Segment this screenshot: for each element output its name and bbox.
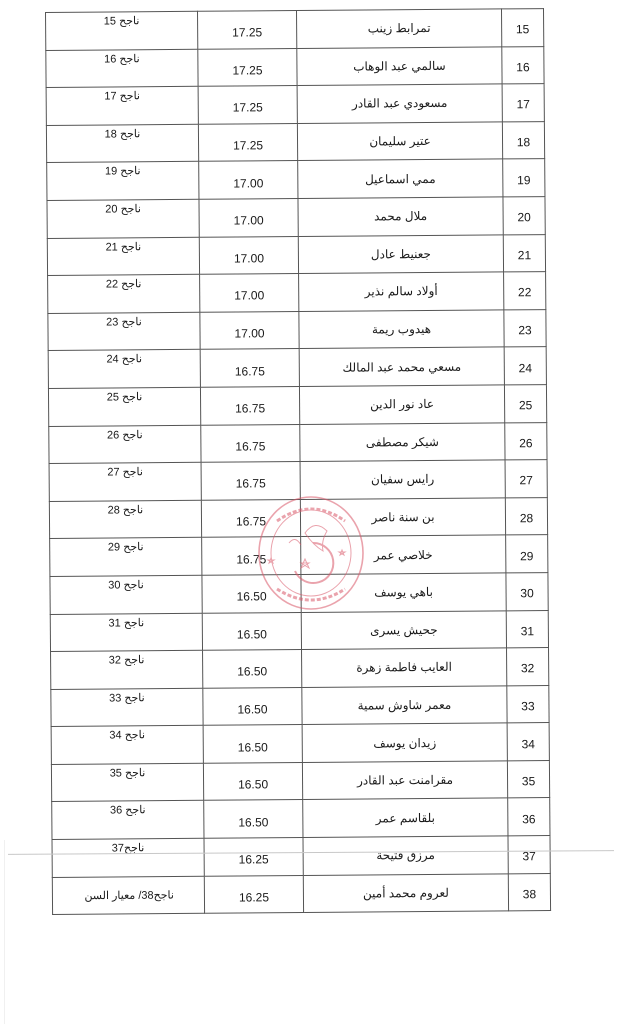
score-cell: 16.25 <box>204 875 303 913</box>
table-row: ناجح 3416.50زيدان يوسف34 <box>51 723 549 765</box>
score-cell: 16.75 <box>200 349 299 387</box>
score-cell: 16.75 <box>202 537 301 575</box>
table-row: ناجح 1717.25مسعودي عبد القادر17 <box>46 84 544 126</box>
table-row: ناجح 3516.50مقرامنت عبد القادر35 <box>51 760 549 802</box>
score-cell: 16.50 <box>202 612 301 650</box>
score-cell: 16.75 <box>201 499 300 537</box>
row-number-cell: 20 <box>503 197 545 235</box>
score-cell: 16.50 <box>203 725 302 763</box>
score-cell: 17.00 <box>199 198 298 236</box>
table-row: ناجح 1817.25عتير سليمان18 <box>46 121 544 163</box>
table-row: ناجح 3116.50جحيش يسرى31 <box>50 610 548 652</box>
name-cell: ممي اسماعيل <box>298 159 503 198</box>
status-cell: ناجح 27 <box>49 462 201 501</box>
table-row: ناجح 2516.75عاد نور الدين25 <box>48 385 546 427</box>
row-number-cell: 38 <box>508 873 550 911</box>
name-cell: عتير سليمان <box>297 122 502 161</box>
row-number-cell: 25 <box>504 385 546 423</box>
scanned-page: ناجح 1517.25تمرابط زينب15ناجح 1617.25سال… <box>0 0 622 1024</box>
status-cell: ناجح 15 <box>46 11 198 50</box>
table-row: ناجح 3216.50العايب فاطمة زهرة32 <box>51 648 549 690</box>
name-cell: مرزق فتيحة <box>303 836 508 875</box>
score-cell: 17.25 <box>198 123 297 161</box>
row-number-cell: 30 <box>506 572 548 610</box>
score-cell: 17.25 <box>198 48 297 86</box>
name-cell: مسعي محمد عبد المالك <box>299 347 504 386</box>
name-cell: معمر شاوش سمية <box>302 686 507 725</box>
table-row: ناجح 3316.50معمر شاوش سمية33 <box>51 685 549 727</box>
results-table-body: ناجح 1517.25تمرابط زينب15ناجح 1617.25سال… <box>46 9 551 915</box>
name-cell: تمرابط زينب <box>296 9 501 48</box>
status-text: ناجح 19 <box>47 164 198 178</box>
status-cell: ناجح 29 <box>50 538 202 577</box>
status-text: ناجح 34 <box>52 728 203 742</box>
row-number-cell: 33 <box>507 685 549 723</box>
status-cell: ناجح 30 <box>50 575 202 614</box>
row-number-cell: 35 <box>507 760 549 798</box>
score-cell: 16.50 <box>204 800 303 838</box>
status-text: ناجح 31 <box>51 615 202 629</box>
name-cell: هيدوب ريمة <box>299 310 504 349</box>
status-text: ناجح 29 <box>50 540 201 554</box>
score-cell: 16.75 <box>200 386 299 424</box>
status-cell: ناجح 34 <box>51 726 203 765</box>
row-number-cell: 22 <box>504 272 546 310</box>
score-cell: 16.25 <box>204 838 303 876</box>
table-row: ناجح 2716.75رايس سفيان27 <box>49 460 547 502</box>
name-cell: مقرامنت عبد القادر <box>302 761 507 800</box>
score-cell: 17.25 <box>197 11 296 49</box>
table-row: ناجح3716.25مرزق فتيحة37 <box>52 836 550 878</box>
status-cell: ناجح 22 <box>48 274 200 313</box>
table-row: ناجح 3616.50بلقاسم عمر36 <box>52 798 550 840</box>
status-text: ناجح 22 <box>48 277 199 291</box>
status-text: ناجح 36 <box>52 803 203 817</box>
status-text: ناجح 30 <box>50 578 201 592</box>
table-row: ناجح38/ معيار السن16.25لعروم محمد أمين38 <box>52 873 550 915</box>
status-text: ناجح 26 <box>49 427 200 441</box>
status-cell: ناجح 33 <box>51 688 203 727</box>
name-cell: مسعودي عبد القادر <box>297 84 502 123</box>
score-cell: 17.00 <box>199 161 298 199</box>
status-cell: ناجح 28 <box>49 500 201 539</box>
status-cell: ناجح 26 <box>49 425 201 464</box>
status-cell: ناجح 24 <box>48 350 200 389</box>
status-text: ناجح 25 <box>49 390 200 404</box>
name-cell: جحيش يسرى <box>301 610 506 649</box>
row-number-cell: 15 <box>501 9 543 47</box>
name-cell: خلاصي عمر <box>301 535 506 574</box>
status-text: ناجح 24 <box>49 352 200 366</box>
score-cell: 16.50 <box>203 687 302 725</box>
status-cell: ناجح 32 <box>51 650 203 689</box>
row-number-cell: 17 <box>502 84 544 122</box>
score-cell: 17.00 <box>199 236 298 274</box>
table-row: ناجح 1617.25سالمي عبد الوهاب16 <box>46 46 544 88</box>
score-cell: 16.50 <box>203 762 302 800</box>
table-row: ناجح 1917.00ممي اسماعيل19 <box>47 159 545 201</box>
name-cell: ملال محمد <box>298 197 503 236</box>
name-cell: أولاد سالم نذير <box>299 272 504 311</box>
score-cell: 17.00 <box>200 311 299 349</box>
results-table-wrapper: ناجح 1517.25تمرابط زينب15ناجح 1617.25سال… <box>45 8 550 915</box>
status-cell: ناجح 35 <box>51 763 203 802</box>
status-cell: ناجح 25 <box>48 387 200 426</box>
page-edge <box>4 840 5 1024</box>
status-cell: ناجح38/ معيار السن <box>52 876 204 915</box>
row-number-cell: 24 <box>504 347 546 385</box>
table-row: ناجح 2217.00أولاد سالم نذير22 <box>48 272 546 314</box>
score-cell: 16.75 <box>201 424 300 462</box>
table-row: ناجح 2816.75بن سنة ناصر28 <box>49 497 547 539</box>
status-cell: ناجح 16 <box>46 49 198 88</box>
status-cell: ناجح 21 <box>47 237 199 276</box>
name-cell: جعنيط عادل <box>298 234 503 273</box>
score-cell: 16.50 <box>202 574 301 612</box>
table-row: ناجح 2317.00هيدوب ريمة23 <box>48 309 546 351</box>
status-cell: ناجح 19 <box>47 162 199 201</box>
name-cell: لعروم محمد أمين <box>303 874 508 913</box>
status-text: ناجح 16 <box>46 51 197 65</box>
status-text: ناجح38/ معيار السن <box>84 888 174 902</box>
name-cell: زيدان يوسف <box>302 723 507 762</box>
status-text: ناجح 32 <box>51 653 202 667</box>
status-text: ناجح 21 <box>48 239 199 253</box>
name-cell: رايس سفيان <box>300 460 505 499</box>
name-cell: باهي يوسف <box>301 573 506 612</box>
results-table: ناجح 1517.25تمرابط زينب15ناجح 1617.25سال… <box>45 8 551 915</box>
row-number-cell: 34 <box>507 723 549 761</box>
name-cell: العايب فاطمة زهرة <box>302 648 507 687</box>
row-number-cell: 36 <box>508 798 550 836</box>
table-row: ناجح 2616.75شيكر مصطفى26 <box>49 422 547 464</box>
status-cell: ناجح 31 <box>50 613 202 652</box>
row-number-cell: 31 <box>506 610 548 648</box>
row-number-cell: 28 <box>505 497 547 535</box>
status-text: ناجح 28 <box>50 503 201 517</box>
name-cell: عاد نور الدين <box>299 385 504 424</box>
name-cell: سالمي عبد الوهاب <box>297 47 502 86</box>
status-text: ناجح 27 <box>50 465 201 479</box>
table-row: ناجح 1517.25تمرابط زينب15 <box>46 9 544 51</box>
row-number-cell: 27 <box>505 460 547 498</box>
status-text: ناجح 23 <box>48 315 199 329</box>
row-number-cell: 19 <box>503 159 545 197</box>
status-cell: ناجح 36 <box>52 801 204 840</box>
status-cell: ناجح 20 <box>47 199 199 238</box>
name-cell: شيكر مصطفى <box>300 422 505 461</box>
status-text: ناجح 35 <box>52 766 203 780</box>
table-row: ناجح 2117.00جعنيط عادل21 <box>47 234 545 276</box>
row-number-cell: 23 <box>504 309 546 347</box>
status-text: ناجح 20 <box>47 202 198 216</box>
score-cell: 16.50 <box>203 650 302 688</box>
row-number-cell: 32 <box>507 648 549 686</box>
table-row: ناجح 2017.00ملال محمد20 <box>47 197 545 239</box>
table-row: ناجح 2916.75خلاصي عمر29 <box>50 535 548 577</box>
row-number-cell: 18 <box>502 121 544 159</box>
status-cell: ناجح37 <box>52 838 204 877</box>
row-number-cell: 21 <box>503 234 545 272</box>
status-cell: ناجح 18 <box>46 124 198 163</box>
row-number-cell: 26 <box>505 422 547 460</box>
status-cell: ناجح 23 <box>48 312 200 351</box>
status-cell: ناجح 17 <box>46 86 198 125</box>
row-number-cell: 29 <box>506 535 548 573</box>
row-number-cell: 16 <box>502 46 544 84</box>
score-cell: 17.00 <box>200 274 299 312</box>
status-text: ناجح 15 <box>46 14 197 28</box>
status-text: ناجح 33 <box>51 690 202 704</box>
score-cell: 16.75 <box>201 462 300 500</box>
score-cell: 17.25 <box>198 86 297 124</box>
name-cell: بن سنة ناصر <box>300 498 505 537</box>
table-row: ناجح 3016.50باهي يوسف30 <box>50 572 548 614</box>
status-text: ناجح 18 <box>47 127 198 141</box>
status-text: ناجح 17 <box>47 89 198 103</box>
table-row: ناجح 2416.75مسعي محمد عبد المالك24 <box>48 347 546 389</box>
row-number-cell: 37 <box>508 836 550 874</box>
name-cell: بلقاسم عمر <box>303 798 508 837</box>
